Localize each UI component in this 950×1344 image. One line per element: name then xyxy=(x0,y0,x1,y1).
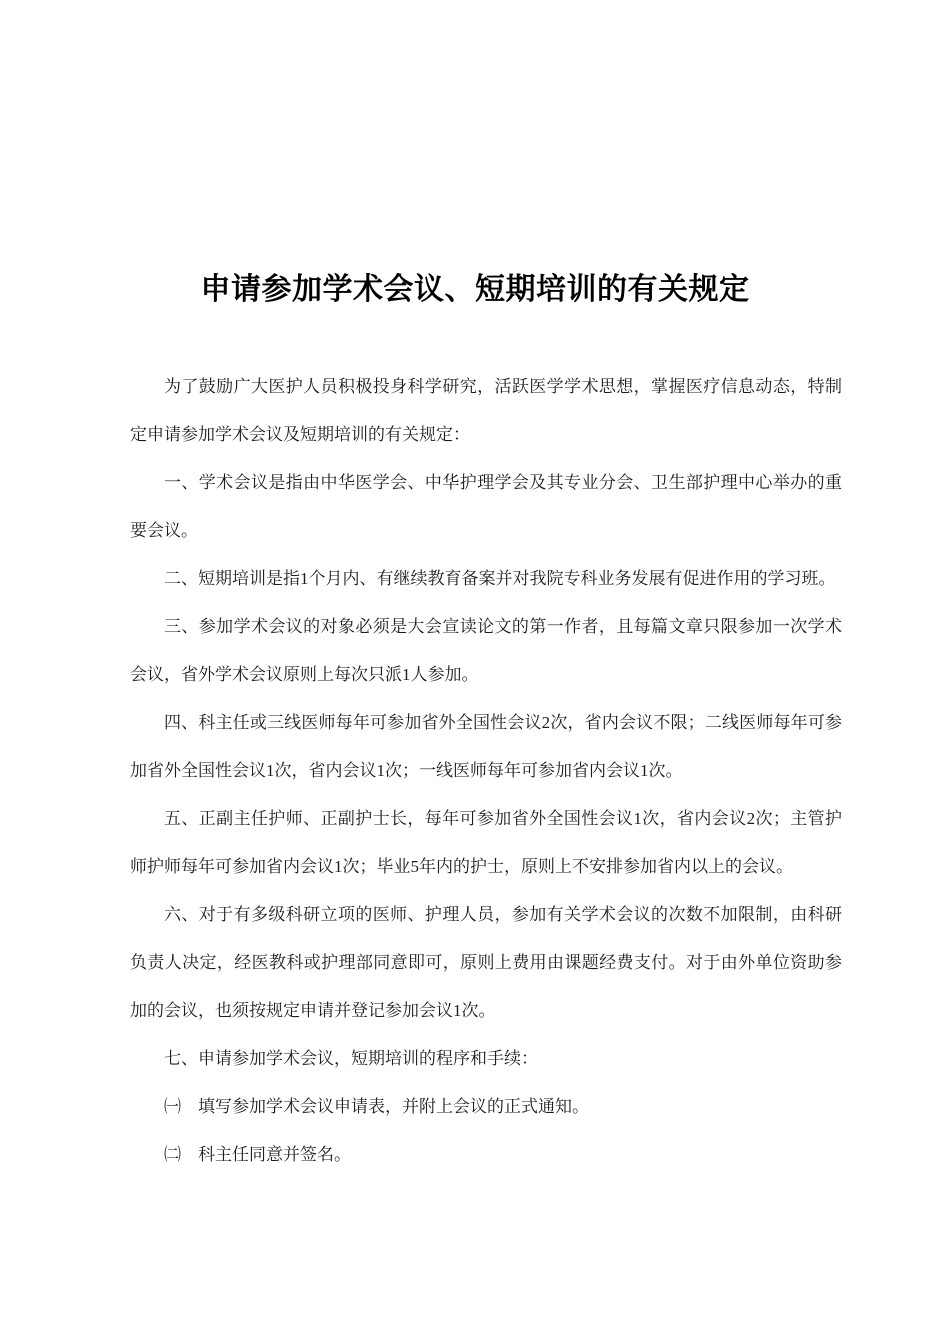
paragraph-item-7: 七、申请参加学术会议，短期培训的程序和手续： xyxy=(130,1035,842,1083)
paragraph-item-2: 二、短期培训是指1个月内、有继续教育备案并对我院专科业务发展有促进作用的学习班。 xyxy=(130,555,842,603)
paragraph-item-3: 三、参加学术会议的对象必须是大会宣读论文的第一作者，且每篇文章只限参加一次学术会… xyxy=(130,603,842,699)
paragraph-subitem-2: ㈡ 科主任同意并签名。 xyxy=(130,1131,842,1179)
paragraph-item-5: 五、正副主任护师、正副护士长，每年可参加省外全国性会议1次，省内会议2次；主管护… xyxy=(130,795,842,891)
document-page: 申请参加学术会议、短期培训的有关规定 为了鼓励广大医护人员积极投身科学研究，活跃… xyxy=(0,0,950,1344)
document-title: 申请参加学术会议、短期培训的有关规定 xyxy=(0,272,950,308)
paragraph-subitem-1: ㈠ 填写参加学术会议申请表，并附上会议的正式通知。 xyxy=(130,1083,842,1131)
paragraph-item-4: 四、科主任或三线医师每年可参加省外全国性会议2次，省内会议不限；二线医师每年可参… xyxy=(130,699,842,795)
paragraph-item-1: 一、学术会议是指由中华医学会、中华护理学会及其专业分会、卫生部护理中心举办的重要… xyxy=(130,459,842,555)
paragraph-item-6: 六、对于有多级科研立项的医师、护理人员，参加有关学术会议的次数不加限制，由科研负… xyxy=(130,891,842,1035)
paragraph-intro: 为了鼓励广大医护人员积极投身科学研究，活跃医学学术思想，掌握医疗信息动态，特制定… xyxy=(130,363,842,459)
document-body: 为了鼓励广大医护人员积极投身科学研究，活跃医学学术思想，掌握医疗信息动态，特制定… xyxy=(130,363,842,1179)
